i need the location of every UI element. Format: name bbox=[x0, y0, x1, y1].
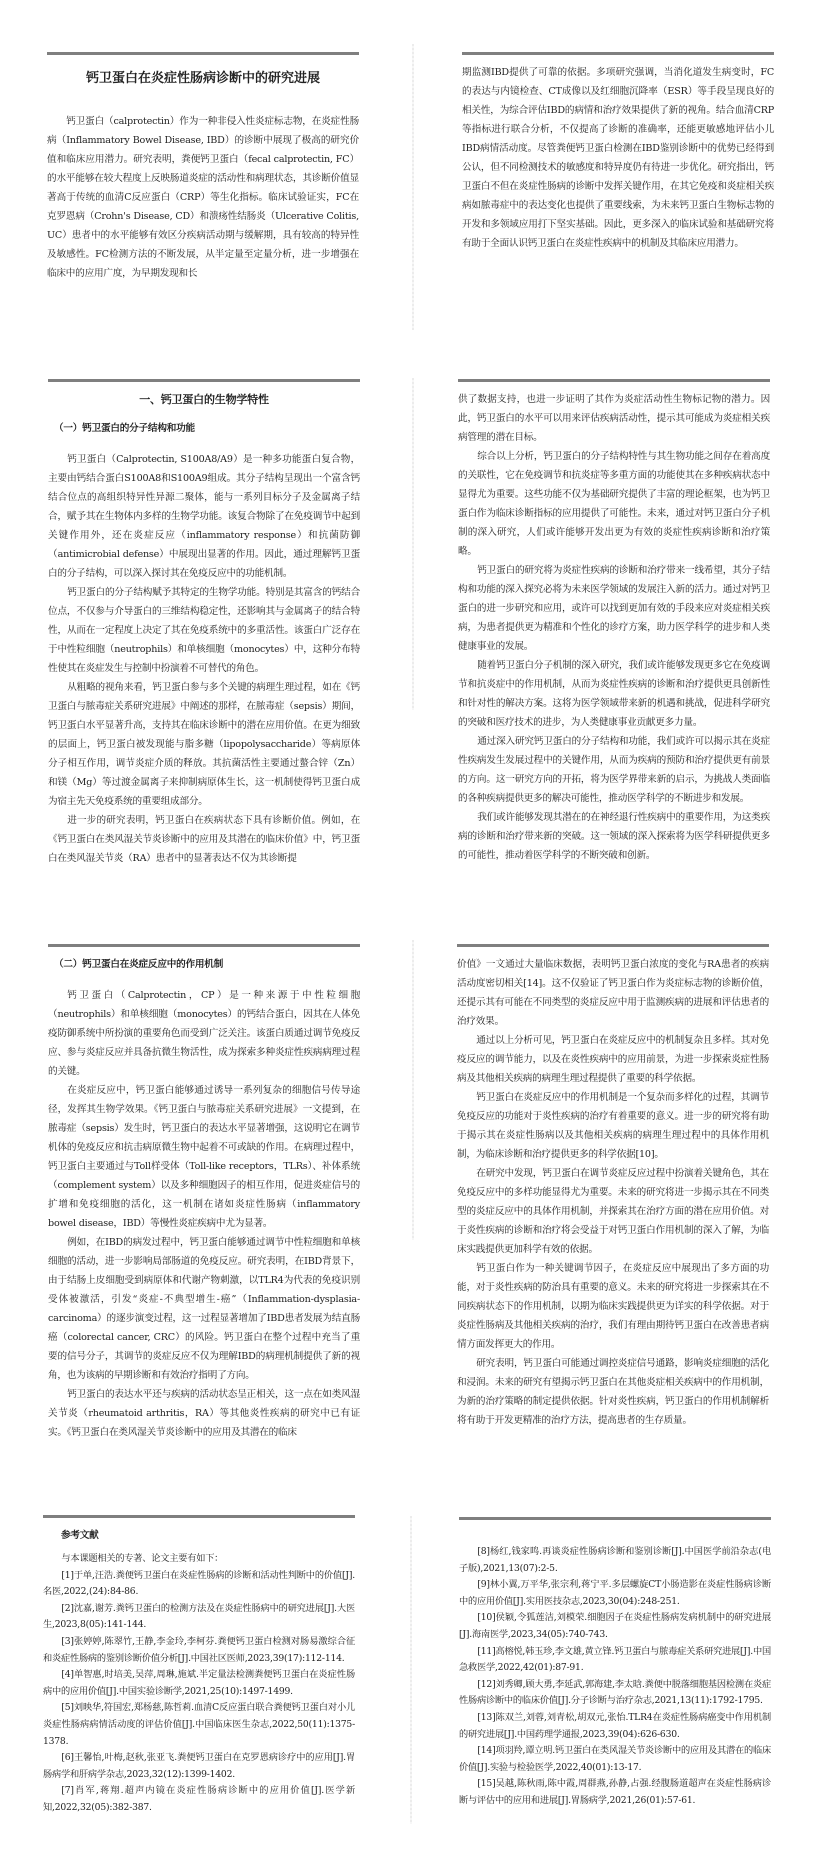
reference-item: [4]单智惠,时培美,吴萍,周琳,施斌.半定量法检测粪便钙卫蛋白在炎症性肠病中的… bbox=[43, 1667, 355, 1700]
page-gutter-divider bbox=[412, 378, 414, 710]
page-4-left: 参考文献 与本课题相关的专著、论文主要有如下： [1]于单,汪浩.粪便钙卫蛋白在… bbox=[43, 1515, 355, 1817]
section-title: 一、钙卫蛋白的生物学特性 bbox=[48, 390, 360, 409]
page-1-right: 期监测IBD提供了可靠的依据。多项研究强调，当消化道发生病变时，FC的表达与内镜… bbox=[462, 52, 774, 253]
paragraph: 期监测IBD提供了可靠的依据。多项研究强调，当消化道发生病变时，FC的表达与内镜… bbox=[462, 63, 774, 253]
subsection-title: （一）钙卫蛋白的分子结构和功能 bbox=[54, 419, 360, 438]
paragraph: 通过深入研究钙卫蛋白的分子结构和功能，我们或许可以揭示其在炎症性疾病发生发展过程… bbox=[458, 732, 770, 808]
paragraph: 钙卫蛋白（Calprotectin, S100A8/A9）是一种多功能蛋白复合物… bbox=[48, 450, 360, 583]
reference-item: [11]高榕悦,韩玉珍,李文雄,黄立锋.钙卫蛋白与脓毒症关系研究进展[J].中国… bbox=[459, 1644, 771, 1677]
paragraph: 钙卫蛋白的表达水平还与疾病的活动状态呈正相关，这一点在如类风湿关节炎（rheum… bbox=[48, 1385, 360, 1442]
page-gutter-divider bbox=[412, 44, 414, 330]
page-top-rule bbox=[48, 944, 360, 947]
page-top-rule bbox=[457, 944, 769, 947]
page-2-left: 一、钙卫蛋白的生物学特性 （一）钙卫蛋白的分子结构和功能 钙卫蛋白（Calpro… bbox=[48, 379, 360, 868]
page-gutter-divider bbox=[410, 1516, 412, 1824]
paragraph: 我们或许能够发现其潜在的在神经退行性疾病中的重要作用，为这类疾病的诊断和治疗带来… bbox=[458, 808, 770, 865]
paragraph: 钙卫蛋白（Calprotectin，CP）是一种来源于中性粒细胞（neutrop… bbox=[48, 986, 360, 1081]
paragraph: 研究表明，钙卫蛋白可能通过调控炎症信号通路，影响炎症细胞的活化和浸润。未来的研究… bbox=[457, 1354, 769, 1430]
reference-item: [10]侯颖,令狐莲洁,刘模荣.细胞因子在炎症性肠病发病机制中的研究进展[J].… bbox=[459, 1610, 771, 1643]
reference-item: [3]张婷婷,陈翠竹,王静,李金玲,李柯芬.粪便钙卫蛋白检测对肠易激综合征和炎症… bbox=[43, 1634, 355, 1667]
reference-item: [14]项羽羚,谭立明.钙卫蛋白在类风湿关节炎诊断中的应用及其潜在的临床价值[J… bbox=[459, 1743, 771, 1776]
reference-item: [6]王馨怡,叶梅,赵秋,张亚飞.粪便钙卫蛋白在克罗恩病诊疗中的应用[J].胃肠… bbox=[43, 1750, 355, 1783]
page-4-right: [8]杨红,钱家鸣.再谈炎症性肠病诊断和鉴别诊断[J].中国医学前沿杂志(电子版… bbox=[459, 1517, 771, 1810]
paragraph: 钙卫蛋白（calprotectin）作为一种非侵入性炎症标志物，在炎症性肠病（I… bbox=[47, 112, 359, 283]
reference-item: [13]陈双兰,刘蓉,刘青松,胡双元,张怡.TLR4在炎症性肠病癌变中作用机制的… bbox=[459, 1710, 771, 1743]
paragraph: 在炎症反应中，钙卫蛋白能够通过诱导一系列复杂的细胞信号传导途径，发挥其生物学效果… bbox=[48, 1081, 360, 1233]
paragraph: 通过以上分析可见，钙卫蛋白在炎症反应中的机制复杂且多样。其对免疫反应的调节能力，… bbox=[457, 1031, 769, 1088]
paragraph: 钙卫蛋白在炎症反应中的作用机制是一个复杂而多样化的过程，其调节免疫反应的功能对于… bbox=[457, 1088, 769, 1164]
paragraph: 进一步的研究表明，钙卫蛋白在疾病状态下具有诊断价值。例如，在《钙卫蛋白在类风湿关… bbox=[48, 811, 360, 868]
paragraph: 钙卫蛋白作为一种关键调节因子，在炎症反应中展现出了多方面的功能，对于炎性疾病的防… bbox=[457, 1259, 769, 1354]
page-top-rule bbox=[47, 52, 359, 55]
paragraph: 在研究中发现，钙卫蛋白在调节炎症反应过程中扮演着关键角色，其在免疫反应中的多样功… bbox=[457, 1164, 769, 1259]
page-top-rule bbox=[48, 379, 360, 382]
paragraph: 综合以上分析，钙卫蛋白的分子结构特性与其生物功能之间存在着高度的关联性，它在免疫… bbox=[458, 447, 770, 561]
paragraph: 随着钙卫蛋白分子机制的深入研究，我们或许能够发现更多它在免疫调节和抗炎症中的作用… bbox=[458, 656, 770, 732]
document-title: 钙卫蛋白在炎症性肠病诊断中的研究进展 bbox=[47, 69, 359, 88]
page-3-left: （二）钙卫蛋白在炎症反应中的作用机制 钙卫蛋白（Calprotectin，CP）… bbox=[48, 944, 360, 1442]
reference-item: [2]沈嘉,谢芳.粪钙卫蛋白的检测方法及在炎症性肠病中的研究进展[J].大医生,… bbox=[43, 1601, 355, 1634]
reference-item: [5]刘映华,符国宏,郑杨慈,陈哲莉.血清C反应蛋白联合粪便钙卫蛋白对小儿炎症性… bbox=[43, 1700, 355, 1750]
paragraph: 钙卫蛋白的研究将为炎症性疾病的诊断和治疗带来一线希望，其分子结构和功能的深入探究… bbox=[458, 561, 770, 656]
paragraph: 供了数据支持，也进一步证明了其作为炎症活动性生物标记物的潜力。因此，钙卫蛋白的水… bbox=[458, 390, 770, 447]
page-top-rule bbox=[458, 379, 770, 382]
reference-item: [9]林小翼,万平华,张宗利,蒋宁平.多层螺旋CT小肠造影在炎症性肠病诊断中的应… bbox=[459, 1577, 771, 1610]
paragraph: 钙卫蛋白的分子结构赋予其特定的生物学功能。特别是其富含的钙结合位点，不仅参与介导… bbox=[48, 583, 360, 678]
reference-item: [12]刘秀卿,顾大勇,李延武,郭海建,李太晗.粪便中脱落细胞基因检测在炎症性肠… bbox=[459, 1677, 771, 1710]
reference-item: [15]吴越,陈秋雨,陈中霞,周群燕,孙静,占强.经腹肠道超声在炎症性肠病诊断与… bbox=[459, 1776, 771, 1809]
page-2-right: 供了数据支持，也进一步证明了其作为炎症活动性生物标记物的潜力。因此，钙卫蛋白的水… bbox=[458, 379, 770, 865]
page-gutter-divider bbox=[412, 940, 414, 1240]
page-3-right: 价值》一文通过大量临床数据，表明钙卫蛋白浓度的变化与RA患者的疾病活动度密切相关… bbox=[457, 944, 769, 1430]
reference-item: [1]于单,汪浩.粪便钙卫蛋白在炎症性肠病的诊断和活动性判断中的价值[J].名医… bbox=[43, 1568, 355, 1601]
subsection-title: （二）钙卫蛋白在炎症反应中的作用机制 bbox=[54, 955, 360, 974]
page-1-left: 钙卫蛋白在炎症性肠病诊断中的研究进展 钙卫蛋白（calprotectin）作为一… bbox=[47, 52, 359, 283]
page-top-rule bbox=[459, 1517, 771, 1520]
references-title: 参考文献 bbox=[61, 1526, 355, 1545]
page-top-rule bbox=[462, 52, 774, 55]
paragraph: 价值》一文通过大量临床数据，表明钙卫蛋白浓度的变化与RA患者的疾病活动度密切相关… bbox=[457, 955, 769, 1031]
paragraph: 从粗略的视角来看，钙卫蛋白参与多个关键的病理生理过程，如在《钙卫蛋白与脓毒症关系… bbox=[48, 678, 360, 811]
reference-item: [8]杨红,钱家鸣.再谈炎症性肠病诊断和鉴别诊断[J].中国医学前沿杂志(电子版… bbox=[459, 1544, 771, 1577]
paragraph: 例如，在IBD的病发过程中，钙卫蛋白能够通过调节中性粒细胞和单核细胞的活动，进一… bbox=[48, 1233, 360, 1385]
references-intro: 与本课题相关的专著、论文主要有如下： bbox=[43, 1551, 355, 1568]
reference-item: [7]肖军,蒋翔.超声内镜在炎症性肠病诊断中的应用价值[J].医学新知,2022… bbox=[43, 1783, 355, 1816]
page-top-rule bbox=[43, 1515, 355, 1518]
